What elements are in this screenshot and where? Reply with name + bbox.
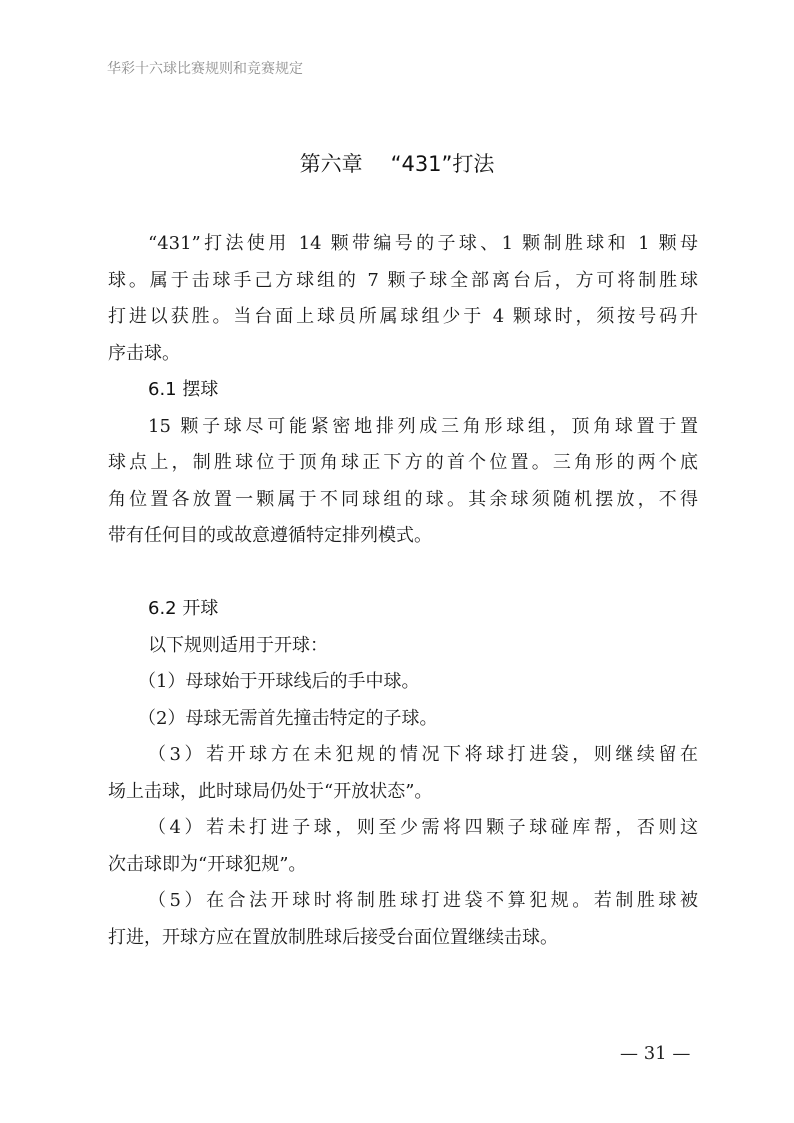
rule-line: （5）在合法开球时将制胜球打进袋不算犯规。若制胜球被 [108, 883, 698, 920]
paragraph-line: 打进以获胜。当台面上球员所属球组少于 4 颗球时，须按号码升 [108, 299, 698, 336]
document-body: “431”打法使用 14 颗带编号的子球、1 颗制胜球和 1 颗母 球。属于击球… [108, 226, 698, 956]
rule-item-3: （3）若开球方在未犯规的情况下将球打进袋，则继续留在 场上击球，此时球局仍处于“… [108, 737, 698, 810]
rule-line: 次击球即为“开球犯规”。 [108, 847, 698, 884]
rule-line: 打进，开球方应在置放制胜球后接受台面位置继续击球。 [108, 920, 698, 957]
paragraph-line: 角位置各放置一颗属于不同球组的球。其余球须随机摆放，不得 [108, 482, 698, 519]
rule-line: （4）若未打进子球，则至少需将四颗子球碰库帮，否则这 [108, 810, 698, 847]
rule-item-1: （1）母球始于开球线后的手中球。 [108, 664, 698, 701]
rule-item-4: （4）若未打进子球，则至少需将四颗子球碰库帮，否则这 次击球即为“开球犯规”。 [108, 810, 698, 883]
rule-line: （3）若开球方在未犯规的情况下将球打进袋，则继续留在 [108, 737, 698, 774]
blank-line [108, 555, 698, 592]
paragraph-line: 球。属于击球手己方球组的 7 颗子球全部离台后，方可将制胜球 [108, 263, 698, 300]
paragraph-line: 15 颗子球尽可能紧密地排列成三角形球组，顶角球置于置 [108, 409, 698, 446]
section-6-1-paragraph: 15 颗子球尽可能紧密地排列成三角形球组，顶角球置于置 球点上，制胜球位于顶角球… [108, 409, 698, 555]
running-header: 华彩十六球比赛规则和竞赛规定 [107, 58, 303, 78]
paragraph-line: “431”打法使用 14 颗带编号的子球、1 颗制胜球和 1 颗母 [108, 226, 698, 263]
section-heading-6-2: 6.2 开球 [108, 591, 698, 628]
paragraph-line: 球点上，制胜球位于顶角球正下方的首个位置。三角形的两个底 [108, 445, 698, 482]
rule-line: （2）母球无需首先撞击特定的子球。 [108, 701, 698, 738]
chapter-number: 第六章 [300, 152, 363, 176]
rule-line: （1）母球始于开球线后的手中球。 [108, 664, 698, 701]
rule-item-2: （2）母球无需首先撞击特定的子球。 [108, 701, 698, 738]
page-number: — 31 — [620, 1043, 690, 1064]
section-6-2-intro: 以下规则适用于开球： [108, 628, 698, 665]
rule-item-5: （5）在合法开球时将制胜球打进袋不算犯规。若制胜球被 打进，开球方应在置放制胜球… [108, 883, 698, 956]
chapter-title: 第六章“431”打法 [0, 148, 794, 178]
intro-paragraph: “431”打法使用 14 颗带编号的子球、1 颗制胜球和 1 颗母 球。属于击球… [108, 226, 698, 372]
paragraph-line: 带有任何目的或故意遵循特定排列模式。 [108, 518, 698, 555]
section-heading-6-1: 6.1 摆球 [108, 372, 698, 409]
chapter-name: “431”打法 [391, 152, 495, 176]
rule-line: 场上击球，此时球局仍处于“开放状态”。 [108, 774, 698, 811]
paragraph-line: 序击球。 [108, 336, 698, 373]
